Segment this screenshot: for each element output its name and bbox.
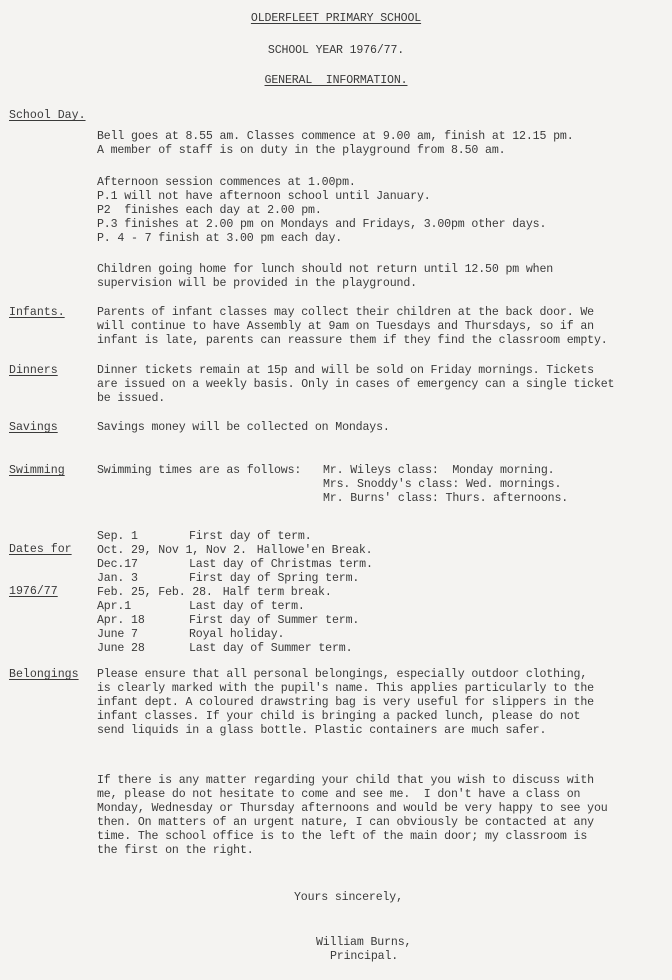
text-line: time. The school office is to the left o… — [97, 830, 608, 844]
event-cell: Hallowe'en Break. — [257, 544, 373, 558]
event-cell: First day of Spring term. — [189, 572, 359, 586]
text-line: infant is late, parents can reassure the… — [97, 334, 608, 348]
text-line: Dinner tickets remain at 15p and will be… — [97, 364, 614, 378]
text-line: Monday, Wednesday or Thursday afternoons… — [97, 802, 608, 816]
event-cell: First day of term. — [189, 530, 312, 544]
event-cell: Royal holiday. — [189, 628, 284, 642]
school-year-heading: SCHOOL YEAR 1976/77. — [0, 44, 672, 58]
text-line: A member of staff is on duty in the play… — [97, 144, 574, 158]
text-line: Bell goes at 8.55 am. Classes commence a… — [97, 130, 574, 144]
text-line: then. On matters of an urgent nature, I … — [97, 816, 608, 830]
date-row: Sep. 1First day of term. — [97, 530, 373, 544]
text-line: If there is any matter regarding your ch… — [97, 774, 608, 788]
event-cell: First day of Summer term. — [189, 614, 359, 628]
text-line: Mrs. Snoddy's class: Wed. mornings. — [323, 478, 568, 492]
section-label-dinners: Dinners — [9, 364, 58, 378]
school-day-para-2: Afternoon session commences at 1.00pm. P… — [97, 176, 546, 246]
section-label-belongings: Belongings — [9, 668, 79, 682]
event-cell: Half term break. — [223, 586, 332, 600]
date-cell: Apr.1 — [97, 600, 189, 614]
general-information-heading: GENERAL INFORMATION. — [0, 74, 672, 88]
infants-text: Parents of infant classes may collect th… — [97, 306, 608, 348]
dinners-text: Dinner tickets remain at 15p and will be… — [97, 364, 614, 406]
school-name-heading: OLDERFLEET PRIMARY SCHOOL — [0, 12, 672, 26]
text-line: infant dept. A coloured drawstring bag i… — [97, 696, 594, 710]
date-row: June 7Royal holiday. — [97, 628, 373, 642]
section-label-dates: Dates for 1976/77 — [9, 515, 72, 627]
text-line: infant classes. If your child is bringin… — [97, 710, 594, 724]
dates-label-line-1: Dates for — [9, 543, 72, 557]
section-label-school-day: School Day. — [9, 109, 86, 123]
date-row: Apr. 18First day of Summer term. — [97, 614, 373, 628]
text-line: Afternoon session commences at 1.00pm. — [97, 176, 546, 190]
signatory-title: Principal. — [330, 950, 398, 964]
text-line: Parents of infant classes may collect th… — [97, 306, 608, 320]
date-cell: Sep. 1 — [97, 530, 189, 544]
event-cell: Last day of Summer term. — [189, 642, 352, 656]
text-line: the first on the right. — [97, 844, 608, 858]
section-label-swimming: Swimming — [9, 464, 65, 478]
date-row: Dec.17Last day of Christmas term. — [97, 558, 373, 572]
date-cell: June 28 — [97, 642, 189, 656]
belongings-text: Please ensure that all personal belongin… — [97, 668, 594, 738]
school-day-para-1: Bell goes at 8.55 am. Classes commence a… — [97, 130, 574, 158]
school-day-para-3: Children going home for lunch should not… — [97, 263, 553, 291]
text-line: are issued on a weekly basis. Only in ca… — [97, 378, 614, 392]
text-line: P.1 will not have afternoon school until… — [97, 190, 546, 204]
date-row: Apr.1Last day of term. — [97, 600, 373, 614]
text-line: Mr. Wileys class: Monday morning. — [323, 464, 568, 478]
date-cell: June 7 — [97, 628, 189, 642]
salutation: Yours sincerely, — [294, 891, 403, 905]
text-line: P. 4 - 7 finish at 3.00 pm each day. — [97, 232, 546, 246]
text-line: will continue to have Assembly at 9am on… — [97, 320, 608, 334]
date-row: Feb. 25, Feb. 28.Half term break. — [97, 586, 373, 600]
signatory-name: William Burns, — [316, 936, 411, 950]
text-line: Mr. Burns' class: Thurs. afternoons. — [323, 492, 568, 506]
letter-page: OLDERFLEET PRIMARY SCHOOL SCHOOL YEAR 19… — [0, 0, 672, 980]
text-line: is clearly marked with the pupil's name.… — [97, 682, 594, 696]
dates-table: Sep. 1First day of term.Oct. 29, Nov 1, … — [97, 530, 373, 656]
swimming-schedule: Mr. Wileys class: Monday morning. Mrs. S… — [323, 464, 568, 506]
section-label-infants: Infants. — [9, 306, 65, 320]
text-line: Savings money will be collected on Monda… — [97, 421, 390, 435]
event-cell: Last day of Christmas term. — [189, 558, 373, 572]
date-cell: Feb. 25, Feb. 28. — [97, 586, 213, 600]
text-line: P2 finishes each day at 2.00 pm. — [97, 204, 546, 218]
date-row: Jan. 3First day of Spring term. — [97, 572, 373, 586]
text-line: me, please do not hesitate to come and s… — [97, 788, 608, 802]
savings-text: Savings money will be collected on Monda… — [97, 421, 390, 435]
date-row: June 28Last day of Summer term. — [97, 642, 373, 656]
swimming-intro: Swimming times are as follows: — [97, 464, 301, 478]
date-cell: Jan. 3 — [97, 572, 189, 586]
text-line: Please ensure that all personal belongin… — [97, 668, 594, 682]
text-line: supervision will be provided in the play… — [97, 277, 553, 291]
date-cell: Apr. 18 — [97, 614, 189, 628]
text-line: be issued. — [97, 392, 614, 406]
text-line: Children going home for lunch should not… — [97, 263, 553, 277]
date-cell: Dec.17 — [97, 558, 189, 572]
dates-label-line-2: 1976/77 — [9, 585, 72, 599]
closing-paragraph: If there is any matter regarding your ch… — [97, 774, 608, 858]
text-line: P.3 finishes at 2.00 pm on Mondays and F… — [97, 218, 546, 232]
event-cell: Last day of term. — [189, 600, 305, 614]
text-line: send liquids in a glass bottle. Plastic … — [97, 724, 594, 738]
section-label-savings: Savings — [9, 421, 58, 435]
date-row: Oct. 29, Nov 1, Nov 2.Hallowe'en Break. — [97, 544, 373, 558]
date-cell: Oct. 29, Nov 1, Nov 2. — [97, 544, 247, 558]
